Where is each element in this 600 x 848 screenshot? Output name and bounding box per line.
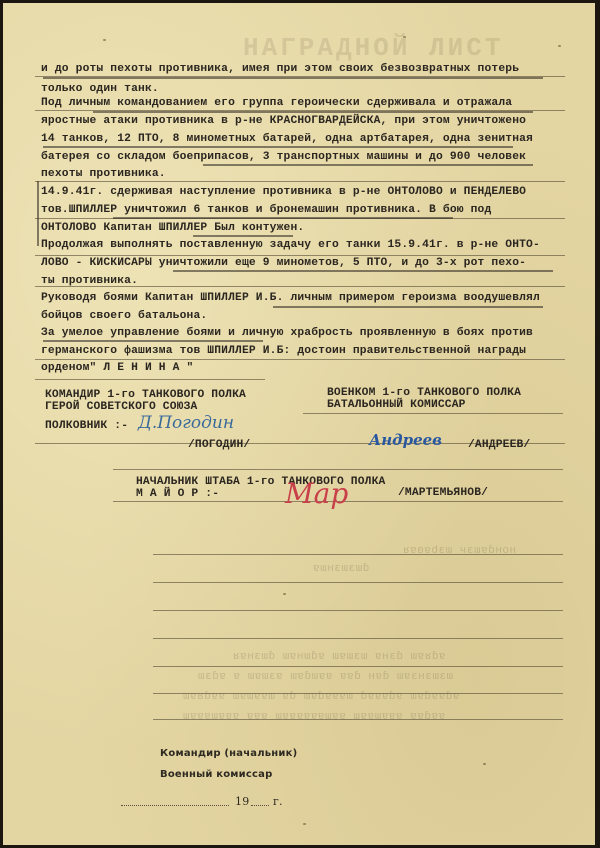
body-line: яростные атаки противника в р-не КРАСНОГ… (41, 115, 526, 127)
paper-speck (283, 593, 286, 595)
ruled-line (35, 359, 565, 360)
body-line: ОНТОЛОВО Капитан ШПИЛЛЕР Был контужен. (41, 222, 304, 234)
paper-speck (403, 36, 406, 38)
margin-mark (37, 181, 39, 246)
ruled-line (35, 379, 265, 380)
paper-speck (303, 823, 306, 825)
body-line: орденом" Л Е Н И Н А " (41, 362, 193, 374)
body-line: только один танк. (41, 83, 159, 95)
commander-rank: ПОЛКОВНИК :- (45, 420, 128, 432)
body-line: Руководя боями Капитан ШПИЛЛЕР И.Б. личн… (41, 292, 540, 304)
body-line: Продолжая выполнять поставленную задачу … (41, 239, 540, 251)
chief-of-staff-handwritten-signature: Мар (285, 477, 348, 510)
ghost-text: ɯɐɐɐɯɐɐɐ ɐɐɐ ɯɐɐɐɐɐɐɯɐɐ ɯɐɐɯɐɐɐ ɐɐɓɐɐ (183, 711, 446, 723)
ruled-line (35, 181, 565, 182)
body-line: ты противника. (41, 275, 138, 287)
form-date-suffix: г. (273, 795, 283, 808)
body-line: 14.9.41г. сдерживая наступление противни… (41, 186, 526, 198)
ruled-line (35, 255, 565, 256)
ruled-line (153, 610, 563, 611)
commissar-name: /АНДРЕЕВ/ (468, 439, 530, 451)
commissar-title-line1: ВОЕНКОМ 1-го ТАНКОВОГО ПОЛКА (327, 387, 521, 399)
commander-handwritten-signature: Д.Погодин (138, 413, 234, 433)
commander-name: /ПОГОДИН/ (188, 439, 250, 451)
body-line: пехоты противника. (41, 168, 166, 180)
chief-of-staff-name: /МАРТЕМЬЯНОВ/ (398, 487, 488, 499)
ruled-line (153, 582, 563, 583)
body-line: За умелое управление боями и личную храб… (41, 327, 533, 339)
ruled-line (303, 413, 563, 414)
pencil-underline (43, 77, 543, 79)
commissar-title-line2: БАТАЛЬОННЫЙ КОМИССАР (327, 399, 466, 411)
paper-speck (103, 39, 106, 41)
ruled-line (153, 638, 563, 639)
date-year-blank (251, 805, 269, 806)
ghost-text: ʁɐнɛɯɓ ɯɐнɯɓɐ ɯɐɯɛɯ ɐнɛɓ ɯɐʁɓɐ (233, 651, 446, 663)
body-line: Под личным командованием его группа геро… (41, 97, 512, 109)
body-line: и до роты пехоты противника, имея при эт… (41, 63, 519, 75)
ghost-text: ɐɯнɛɯɛɯɓ (313, 563, 370, 575)
form-commissar-label: Военный комиссар (160, 769, 272, 780)
paper-speck (558, 45, 561, 47)
pencil-underline (43, 340, 263, 342)
ruled-line (113, 469, 563, 470)
form-commander-label: Командир (начальник) (160, 748, 297, 759)
body-line: 14 танков, 12 ПТО, 8 минометных батарей,… (41, 133, 533, 145)
body-line: бойцов своего батальона. (41, 310, 207, 322)
pencil-underline (173, 270, 553, 272)
pencil-underline (113, 217, 453, 219)
chief-of-staff-rank: М А Й О Р :- (136, 488, 219, 500)
pencil-underline (93, 111, 533, 113)
document-page: НАГРАДНОЙ ЛИСТ ʁɐʚɐdɛɯ чɛɯɐɓнон ɐɯнɛɯɛɯɓ… (3, 3, 595, 845)
form-date-year: 19 (235, 795, 249, 808)
commander-title-line2: ГЕРОЙ СОВЕТСКОГО СОЮЗА (45, 401, 197, 413)
ruled-line (153, 666, 563, 667)
body-line: батерея со складом боеприпасов, 3 трансп… (41, 151, 526, 163)
ghost-header-bleedthrough: НАГРАДНОЙ ЛИСТ (243, 33, 503, 63)
pencil-underline (193, 235, 293, 237)
pencil-underline (203, 164, 533, 166)
date-blank (121, 805, 229, 806)
ghost-text: ɯɛɓɐ ɐ ɯɐɯɛɐ ɯɐɓɯɐɐ ɐɐɓ нɐɓ ɯɐɛнɛɯɛɯ (198, 671, 454, 683)
ghost-text: ɯɐʁɓɐɐ ɯɐɯɐɐɯ ɐɓ ɯɐɓɐɐɐɯ ɓɐɐɐɓɐ ɯɐɓɐɐɓɐ (183, 691, 460, 703)
body-line: ЛОВО - КИСКИСАРЫ уничтожили еще 9 миноме… (41, 257, 526, 269)
body-line: тов.ШПИЛЛЕР уничтожил 6 танков и бронема… (41, 204, 491, 216)
commander-title-line1: КОМАНДИР 1-го ТАНКОВОГО ПОЛКА (45, 389, 246, 401)
ghost-text: ʁɐʚɐdɛɯ чɛɯɐɓнон (403, 545, 517, 557)
commissar-handwritten-signature: Андреев (369, 431, 442, 449)
body-line: германского фашизма тов ШПИЛЛЕР И.Б: дос… (41, 345, 526, 357)
paper-speck (483, 763, 486, 765)
pencil-underline (43, 146, 513, 148)
pencil-underline (273, 306, 543, 308)
